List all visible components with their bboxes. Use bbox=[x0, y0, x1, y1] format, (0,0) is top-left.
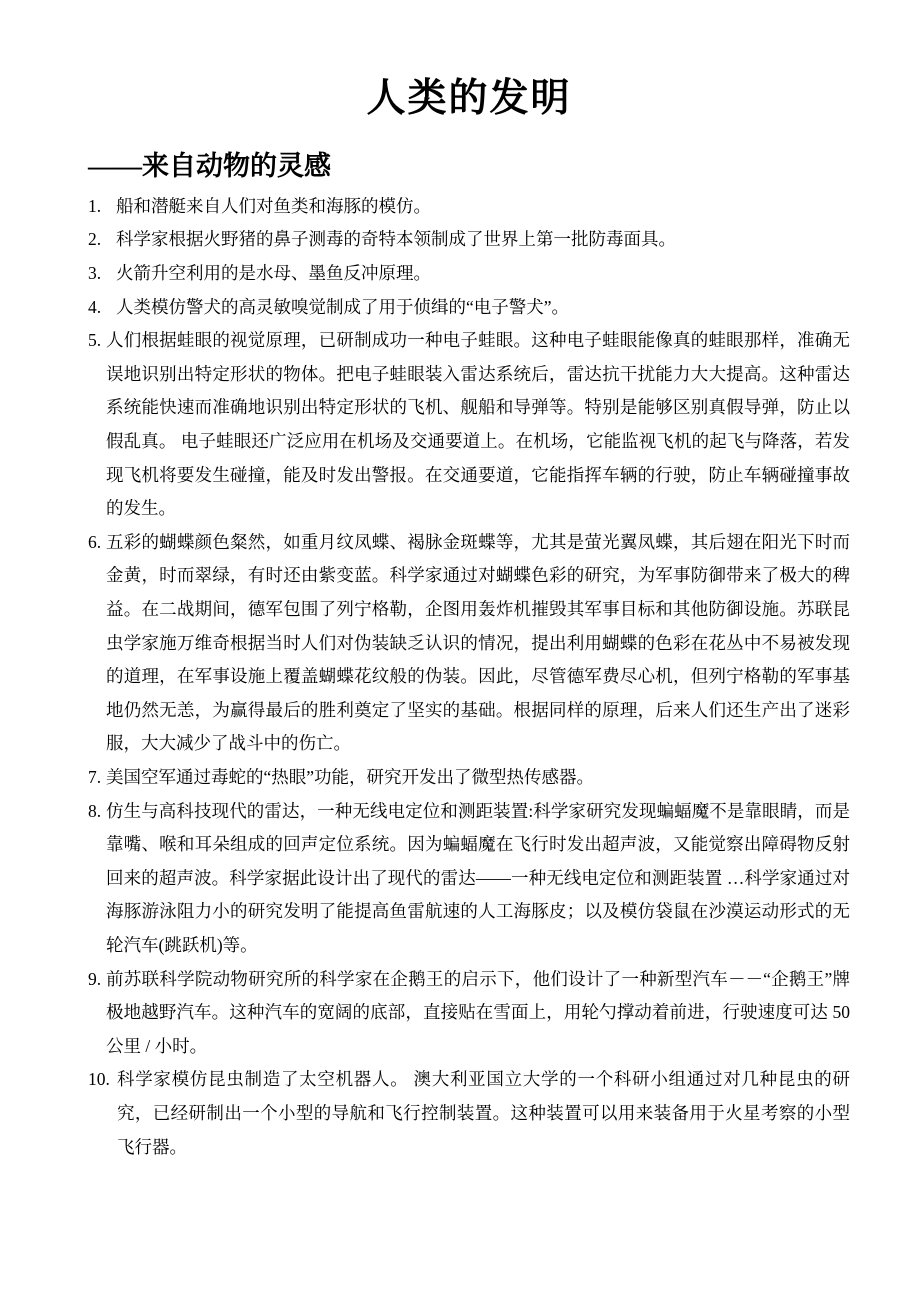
item-text: 人类模仿警犬的高灵敏嗅觉制成了用于侦缉的“电子警犬”。 bbox=[116, 297, 569, 317]
list-item: 6. 五彩的蝴蝶颜色粲然，如重月纹凤蝶、褐脉金斑蝶等，尤其是萤光翼凤蝶，其后翅在… bbox=[88, 526, 850, 761]
list-item: 1. 船和潜艇来自人们对鱼类和海豚的模仿。 bbox=[88, 190, 850, 224]
numbered-list: 1. 船和潜艇来自人们对鱼类和海豚的模仿。 2. 科学家根据火野猪的鼻子测毒的奇… bbox=[88, 190, 850, 1164]
list-item: 9. 前苏联科学院动物研究所的科学家在企鹅王的启示下，他们设计了一种新型汽车－－… bbox=[88, 963, 850, 1064]
item-text: 科学家模仿昆虫制造了太空机器人。 澳大利亚国立大学的一个科研小组通过对几种昆虫的… bbox=[117, 1069, 850, 1156]
item-text: 人们根据蛙眼的视觉原理，已研制成功一种电子蛙眼。这种电子蛙眼能像真的蛙眼那样，准… bbox=[106, 330, 850, 518]
item-number: 1. bbox=[88, 190, 101, 224]
item-number: 5. bbox=[88, 324, 101, 358]
page-title: 人类的发明 bbox=[88, 76, 850, 123]
list-item: 4. 人类模仿警犬的高灵敏嗅觉制成了用于侦缉的“电子警犬”。 bbox=[88, 291, 850, 325]
item-text: 美国空军通过毒蛇的“热眼”功能，研究开发出了微型热传感器。 bbox=[106, 767, 594, 787]
item-text: 火箭升空利用的是水母、墨鱼反冲原理。 bbox=[116, 263, 431, 283]
item-text: 五彩的蝴蝶颜色粲然，如重月纹凤蝶、褐脉金斑蝶等，尤其是萤光翼凤蝶，其后翅在阳光下… bbox=[106, 532, 850, 754]
item-text: 仿生与高科技现代的雷达，一种无线电定位和测距装置:科学家研究发现蝙蝠魔不是靠眼睛… bbox=[106, 801, 850, 955]
list-item: 10. 科学家模仿昆虫制造了太空机器人。 澳大利亚国立大学的一个科研小组通过对几… bbox=[88, 1063, 850, 1164]
list-item: 2. 科学家根据火野猪的鼻子测毒的奇特本领制成了世界上第一批防毒面具。 bbox=[88, 223, 850, 257]
item-number: 9. bbox=[88, 963, 101, 997]
list-item: 5. 人们根据蛙眼的视觉原理，已研制成功一种电子蛙眼。这种电子蛙眼能像真的蛙眼那… bbox=[88, 324, 850, 526]
item-number: 7. bbox=[88, 761, 101, 795]
item-number: 2. bbox=[88, 223, 101, 257]
item-text: 前苏联科学院动物研究所的科学家在企鹅王的启示下，他们设计了一种新型汽车－－“企鹅… bbox=[106, 969, 850, 1056]
page-subtitle: ——来自动物的灵感 bbox=[88, 149, 850, 184]
list-item: 3. 火箭升空利用的是水母、墨鱼反冲原理。 bbox=[88, 257, 850, 291]
item-text: 科学家根据火野猪的鼻子测毒的奇特本领制成了世界上第一批防毒面具。 bbox=[116, 229, 676, 249]
item-number: 10. bbox=[88, 1063, 110, 1097]
item-number: 6. bbox=[88, 526, 101, 560]
item-number: 8. bbox=[88, 795, 101, 829]
list-item: 8. 仿生与高科技现代的雷达，一种无线电定位和测距装置:科学家研究发现蝙蝠魔不是… bbox=[88, 795, 850, 963]
list-item: 7. 美国空军通过毒蛇的“热眼”功能，研究开发出了微型热传感器。 bbox=[88, 761, 850, 795]
item-number: 4. bbox=[88, 291, 101, 325]
document-content: 人类的发明 ——来自动物的灵感 1. 船和潜艇来自人们对鱼类和海豚的模仿。 2.… bbox=[0, 0, 920, 1164]
item-number: 3. bbox=[88, 257, 101, 291]
item-text: 船和潜艇来自人们对鱼类和海豚的模仿。 bbox=[116, 196, 431, 216]
document-page: 人类的发明 ——来自动物的灵感 1. 船和潜艇来自人们对鱼类和海豚的模仿。 2.… bbox=[0, 0, 920, 1302]
